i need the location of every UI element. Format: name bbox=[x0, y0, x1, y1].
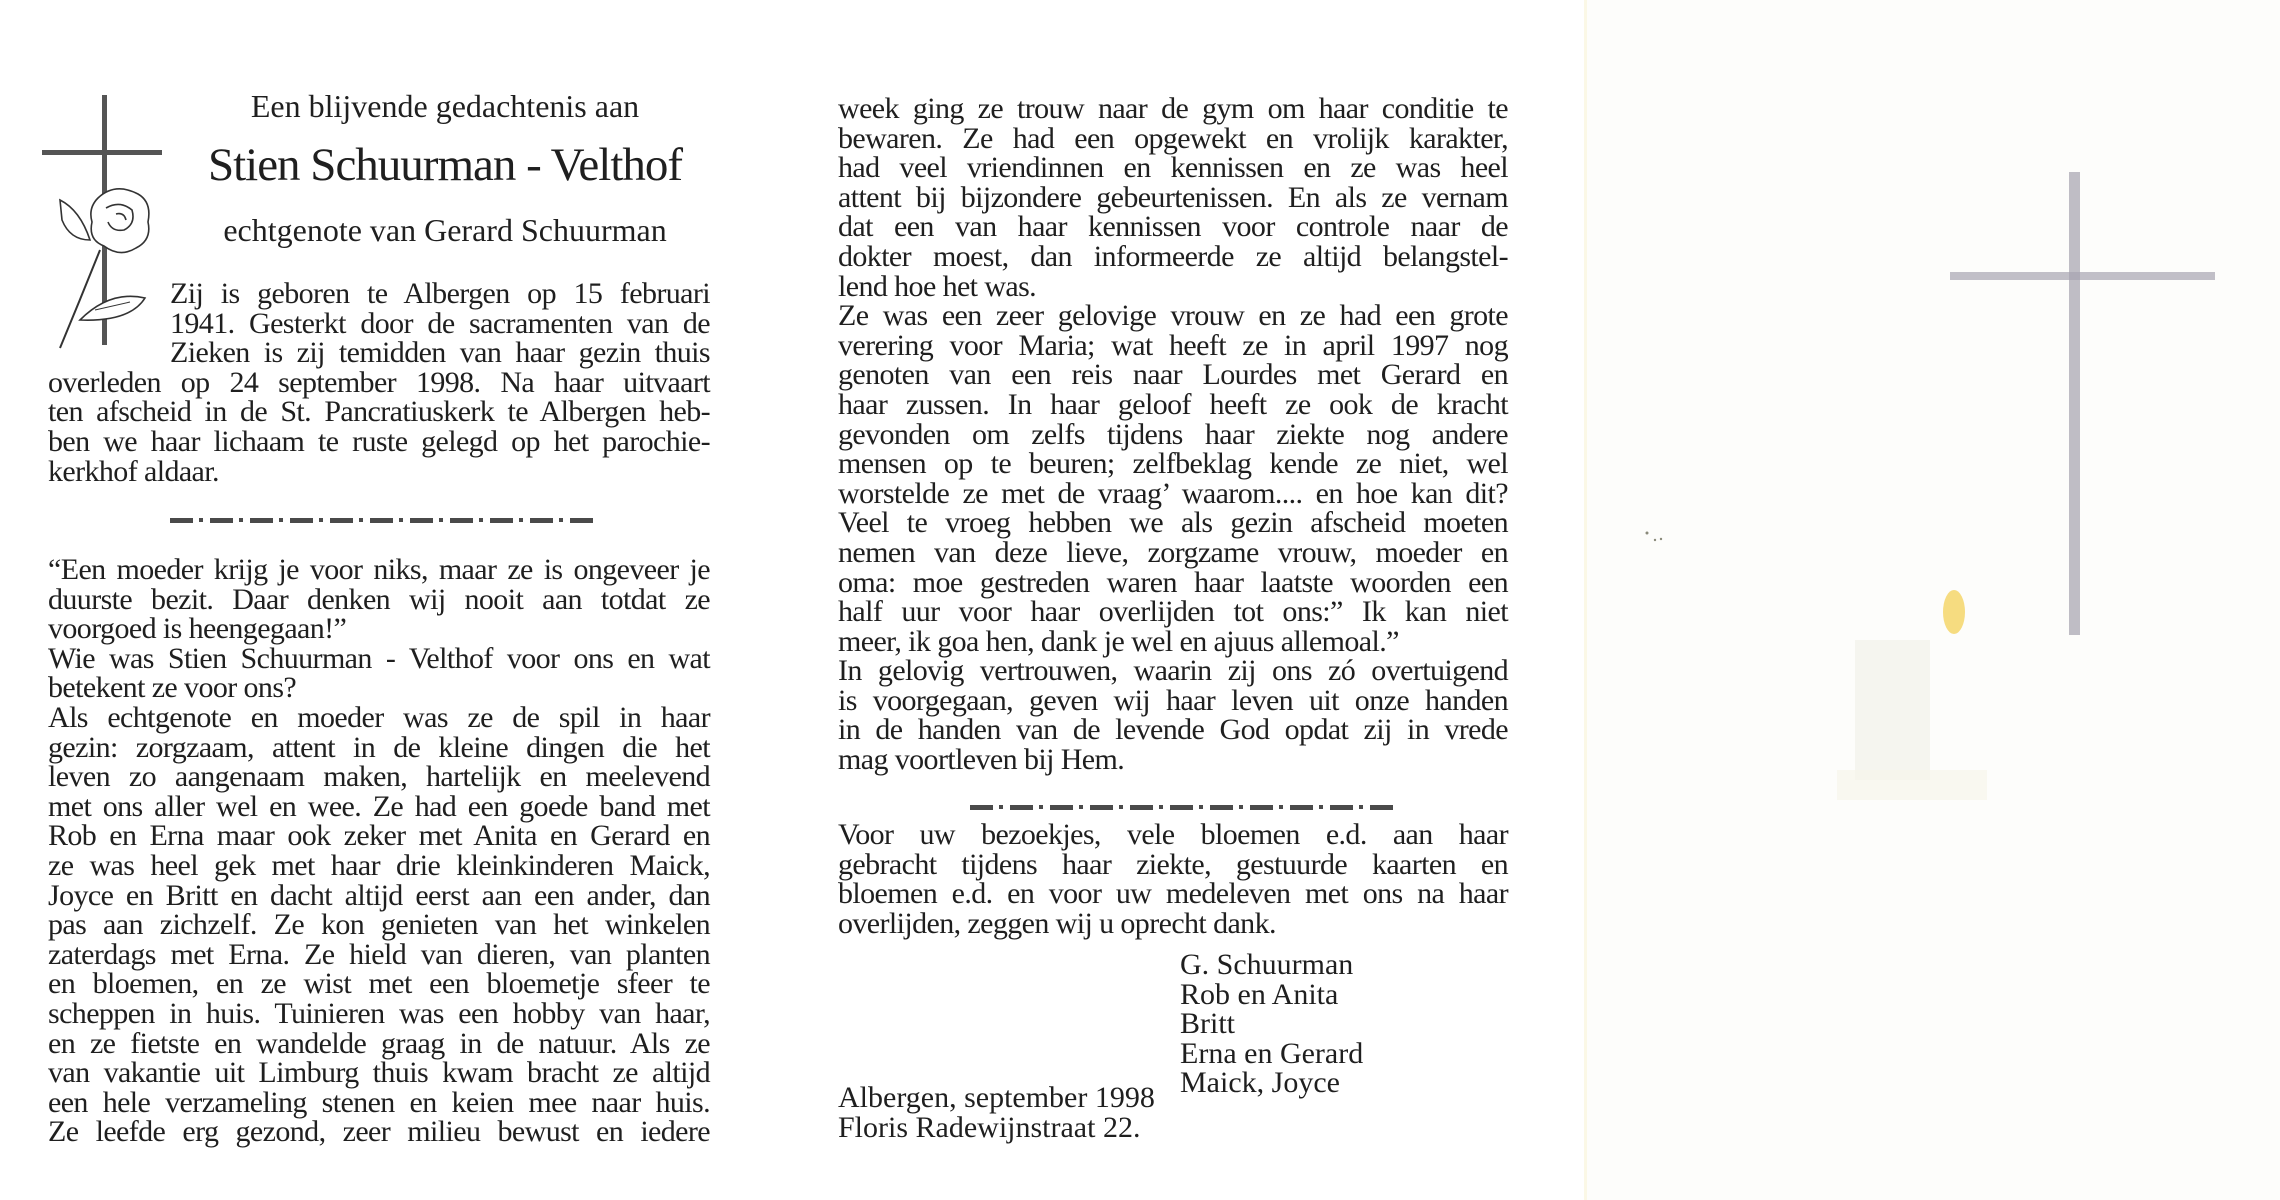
place-date: Albergen, september 1998 bbox=[838, 1083, 1155, 1113]
text-line: Wie was Stien Schuurman - Velthof voor o… bbox=[48, 644, 710, 674]
text-line: oma: moe gestreden waren haar laatste wo… bbox=[838, 568, 1508, 598]
text-line: overlijden, zeggen wij u oprecht dank. bbox=[838, 909, 1508, 939]
text-line: en ze fietste en wandelde graag in de na… bbox=[48, 1029, 710, 1059]
card-cover-panel bbox=[1587, 0, 2280, 1200]
text-line: worstelde ze met de vraag’ waarom.... en… bbox=[838, 479, 1508, 509]
text-line: Zij is geboren te Albergen op 15 februar… bbox=[170, 279, 710, 309]
text-line: Als echtgenote en moeder was ze de spil … bbox=[48, 703, 710, 733]
text-line: 1941. Gesterkt door de sacramenten van d… bbox=[170, 309, 710, 339]
text-line: ten afscheid in de St. Pancratiuskerk te… bbox=[48, 397, 710, 427]
text-line: zaterdags met Erna. Ze hield van dieren,… bbox=[48, 940, 710, 970]
dash-dot-divider bbox=[170, 517, 599, 523]
text-line: Rob en Erna maar ook zeker met Anita en … bbox=[48, 821, 710, 851]
text-line: bloemen e.d. en voor uw medeleven met on… bbox=[838, 879, 1508, 909]
text-line: lend hoe het was. bbox=[838, 272, 1508, 302]
thanks-paragraph: Voor uw bezoekjes, vele bloemen e.d. aan… bbox=[838, 820, 1508, 938]
text-line: mag voortleven bij Hem. bbox=[838, 745, 1508, 775]
deceased-name: Stien Schuurman - Velthof bbox=[170, 138, 720, 192]
text-line: gevonden om zelfs tijdens haar ziekte no… bbox=[838, 420, 1508, 450]
text-line: attent bij bijzondere gebeurtenissen. En… bbox=[838, 183, 1508, 213]
intro-heading: Een blijvende gedachtenis aan bbox=[170, 88, 720, 125]
text-line: Zieken is zij temidden van haar gezin th… bbox=[170, 338, 710, 368]
signer-name: Britt bbox=[1180, 1009, 1363, 1039]
tribute-text-left: “Een moeder krijg je voor niks, maar ze … bbox=[48, 555, 710, 1147]
intro-paragraph: Zij is geboren te Albergen op 15 februar… bbox=[48, 279, 710, 486]
text-line: duurste bezit. Daar denken wij nooit aan… bbox=[48, 585, 710, 615]
text-line: “Een moeder krijg je voor niks, maar ze … bbox=[48, 555, 710, 585]
text-line: van vakantie uit Limburg thuis kwam brac… bbox=[48, 1058, 710, 1088]
text-line: Voor uw bezoekjes, vele bloemen e.d. aan… bbox=[838, 820, 1508, 850]
text-line: mensen op te beuren; zelfbeklag kende ze… bbox=[838, 449, 1508, 479]
signer-name: G. Schuurman bbox=[1180, 950, 1363, 980]
text-line: kerkhof aldaar. bbox=[48, 457, 710, 487]
signer-name: Maick, Joyce bbox=[1180, 1068, 1363, 1098]
text-line: Ze was een zeer gelovige vrouw en ze had… bbox=[838, 301, 1508, 331]
signers-list: G. SchuurmanRob en AnitaBrittErna en Ger… bbox=[1180, 950, 1363, 1098]
text-line: overleden op 24 september 1998. Na haar … bbox=[48, 368, 710, 398]
text-line: en bloemen, en ze wist met een bloemetje… bbox=[48, 969, 710, 999]
text-line: bewaren. Ze had een opgewekt en vrolijk … bbox=[838, 124, 1508, 154]
text-line: gebracht tijdens haar ziekte, gestuurde … bbox=[838, 850, 1508, 880]
text-line: meer, ik goa hen, dank je wel en ajuus a… bbox=[838, 627, 1508, 657]
text-line: Joyce en Britt en dacht altijd eerst aan… bbox=[48, 881, 710, 911]
text-line: betekent ze voor ons? bbox=[48, 673, 710, 703]
card-inside-text-panel: Een blijvende gedachtenis aan Stien Schu… bbox=[0, 0, 1585, 1200]
text-line: half uur voor haar overlijden tot ons:” … bbox=[838, 597, 1508, 627]
text-line: verering voor Maria; wat heeft ze in apr… bbox=[838, 331, 1508, 361]
text-line: ben we haar lichaam te ruste gelegd op h… bbox=[48, 427, 710, 457]
text-line: genoten van een reis naar Lourdes met Ge… bbox=[838, 360, 1508, 390]
text-line: een hele verzameling stenen en keien mee… bbox=[48, 1088, 710, 1118]
text-line: pas aan zichzelf. Ze kon genieten van he… bbox=[48, 910, 710, 940]
text-line: Ze leefde erg gezond, zeer milieu bewust… bbox=[48, 1117, 710, 1147]
spouse-subtitle: echtgenote van Gerard Schuurman bbox=[170, 212, 720, 249]
text-line: Veel te vroeg hebben we als gezin afsche… bbox=[838, 508, 1508, 538]
cover-illustration bbox=[1587, 0, 2280, 1200]
text-line: dokter moest, dan informeerde ze altijd … bbox=[838, 242, 1508, 272]
signer-name: Rob en Anita bbox=[1180, 980, 1363, 1010]
text-line: voorgoed is heengegaan!” bbox=[48, 614, 710, 644]
signer-name: Erna en Gerard bbox=[1180, 1039, 1363, 1069]
speck-marks bbox=[1646, 532, 1663, 542]
text-line: leven zo aangenaam maken, hartelijk en m… bbox=[48, 762, 710, 792]
text-line: scheppen in huis. Tuinieren was een hobb… bbox=[48, 999, 710, 1029]
cross-icon bbox=[1950, 172, 2215, 635]
place-and-address: Albergen, september 1998 Floris Radewijn… bbox=[838, 1083, 1155, 1142]
text-line: week ging ze trouw naar de gym om haar c… bbox=[838, 94, 1508, 124]
text-line: gezin: zorgzaam, attent in de kleine din… bbox=[48, 733, 710, 763]
text-line: met ons aller wel en wee. Ze had een goe… bbox=[48, 792, 710, 822]
text-line: in de handen van de levende God opdat zi… bbox=[838, 715, 1508, 745]
text-line: haar zussen. In haar geloof heeft ze ook… bbox=[838, 390, 1508, 420]
text-line: In gelovig vertrouwen, waarin zij ons zó… bbox=[838, 656, 1508, 686]
candle-icon bbox=[1837, 590, 1987, 800]
text-line: dat een van haar kennissen voor controle… bbox=[838, 212, 1508, 242]
text-line: nemen van deze lieve, zorgzame vrouw, mo… bbox=[838, 538, 1508, 568]
dash-dot-divider bbox=[970, 804, 1399, 810]
tribute-text-middle: week ging ze trouw naar de gym om haar c… bbox=[838, 94, 1508, 775]
text-line: had veel vriendinnen en kennissen en ze … bbox=[838, 153, 1508, 183]
text-line: is voorgegaan, geven wij haar leven uit … bbox=[838, 686, 1508, 716]
text-line: ze was heel gek met haar drie kleinkinde… bbox=[48, 851, 710, 881]
address: Floris Radewijnstraat 22. bbox=[838, 1113, 1155, 1143]
